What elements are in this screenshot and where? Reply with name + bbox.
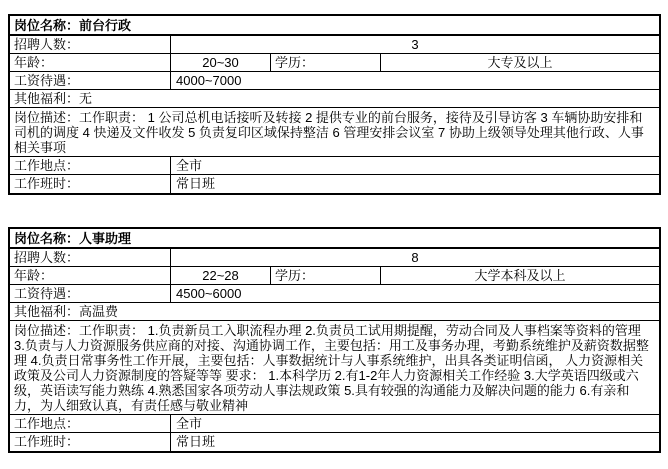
position-value: 人事助理 [79,229,131,247]
salary-label: 工资待遇： [10,285,171,302]
location-label: 工作地点： [10,157,171,174]
benefits-value: 高温费 [79,304,118,319]
row-position-title: 岗位名称：人事助理 [10,229,659,249]
shift-label: 工作班时： [10,433,171,451]
description-value: 工作职责： 1 公司总机电话接听及转接 2 提供专业的前台服务，接待及引导访客 … [14,110,644,155]
headcount-label: 招聘人数： [10,249,171,266]
education-label: 学历： [271,267,381,284]
benefits-label: 其他福利： [14,91,79,106]
location-value: 全市 [171,415,659,432]
shift-label: 工作班时： [10,175,171,193]
education-value: 大学本科及以上 [381,267,659,284]
age-label: 年龄： [10,54,171,71]
row-description: 岗位描述：工作职责： 1 公司总机电话接听及转接 2 提供专业的前台服务，接待及… [10,108,659,157]
location-label: 工作地点： [10,415,171,432]
age-value: 20~30 [171,54,271,71]
benefits-value: 无 [79,91,92,106]
row-shift: 工作班时： 常日班 [10,433,659,451]
row-description: 岗位描述：工作职责： 1.负责新员工入职流程办理 2.负责员工试用期提醒，劳动合… [10,321,659,415]
salary-label: 工资待遇： [10,72,171,89]
salary-value: 4500~6000 [171,285,659,302]
job-table-hr-assistant: 岗位名称：人事助理 招聘人数： 8 年龄： 22~28 学历： 大学本科及以上 … [8,227,661,453]
position-value: 前台行政 [79,16,131,34]
row-location: 工作地点： 全市 [10,157,659,175]
row-age-education: 年龄： 22~28 学历： 大学本科及以上 [10,267,659,285]
headcount-value: 3 [171,36,659,53]
description-label: 岗位描述： [14,323,79,338]
age-value: 22~28 [171,267,271,284]
row-age-education: 年龄： 20~30 学历： 大专及以上 [10,54,659,72]
row-benefits: 其他福利：高温费 [10,303,659,321]
description-label: 岗位描述： [14,110,79,125]
benefits-label: 其他福利： [14,304,79,319]
row-salary: 工资待遇： 4500~6000 [10,285,659,303]
headcount-value: 8 [171,249,659,266]
shift-value: 常日班 [171,433,659,451]
row-shift: 工作班时： 常日班 [10,175,659,193]
shift-value: 常日班 [171,175,659,193]
position-label: 岗位名称： [14,229,79,247]
row-salary: 工资待遇： 4000~7000 [10,72,659,90]
salary-value: 4000~7000 [171,72,659,89]
page: 岗位名称：前台行政 招聘人数： 3 年龄： 20~30 学历： 大专及以上 工资… [0,0,668,469]
description-value: 工作职责： 1.负责新员工入职流程办理 2.负责员工试用期提醒，劳动合同及人事档… [14,323,649,413]
row-headcount: 招聘人数： 8 [10,249,659,267]
row-headcount: 招聘人数： 3 [10,36,659,54]
age-label: 年龄： [10,267,171,284]
education-value: 大专及以上 [381,54,659,71]
row-location: 工作地点： 全市 [10,415,659,433]
position-label: 岗位名称： [14,16,79,34]
row-position-title: 岗位名称：前台行政 [10,16,659,36]
headcount-label: 招聘人数： [10,36,171,53]
education-label: 学历： [271,54,381,71]
job-table-front-desk: 岗位名称：前台行政 招聘人数： 3 年龄： 20~30 学历： 大专及以上 工资… [8,14,661,195]
location-value: 全市 [171,157,659,174]
row-benefits: 其他福利：无 [10,90,659,108]
